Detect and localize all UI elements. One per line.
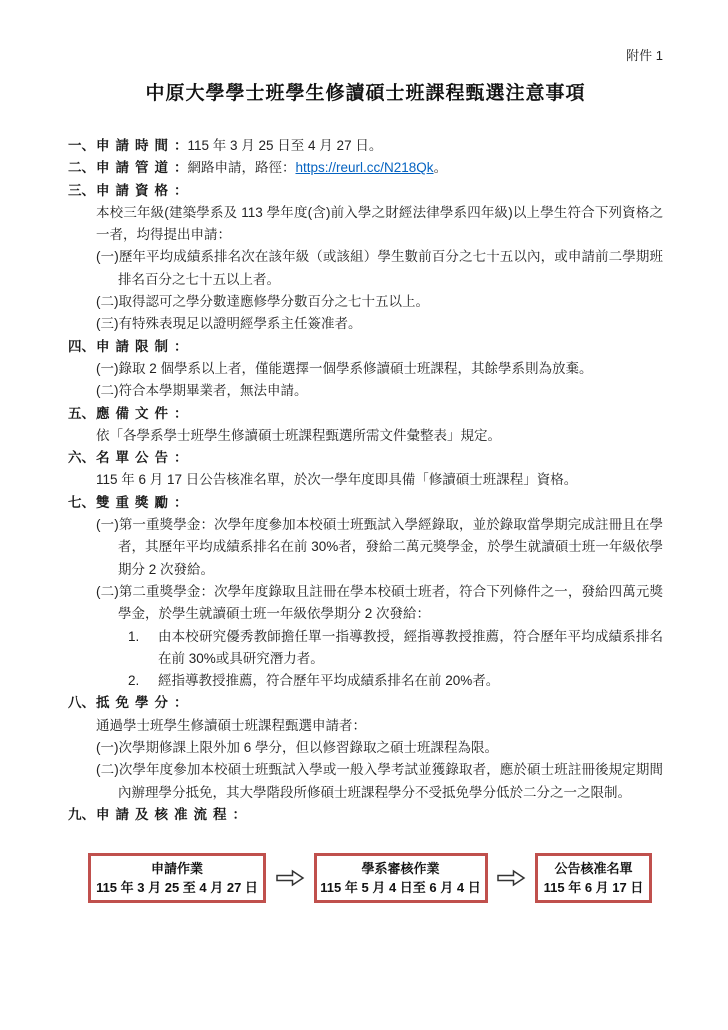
section-eligibility: 三、申請資格： [68,180,663,202]
section-process: 九、申請及核准流程： [68,804,663,826]
section-number: 九、 [68,804,96,826]
numbered-list-marker: 2. [128,670,158,692]
section-application-channel: 二、申請管道：網路申請，路徑：https://reurl.cc/N218Qk。 [68,157,663,179]
application-url-link[interactable]: https://reurl.cc/N218Qk [296,160,434,175]
list-item: (三)有特殊表現足以證明經學系主任簽准者。 [96,313,663,335]
paragraph: 本校三年級(建築學系及 113 學年度(含)前入學之財經法律學系四年級)以上學生… [96,202,663,247]
process-flowchart: 申請作業 115 年 3 月 25 至 4 月 27 日 學系審核作業 115 … [88,853,652,903]
section-number: 一、 [68,135,96,157]
section-colon: ： [174,695,188,710]
list-item: (二)次學年度參加本校碩士班甄試入學或一般入學考試並獲錄取者，應於碩士班註冊後規… [96,759,663,804]
list-item: (二)符合本學期畢業者，無法申請。 [96,380,663,402]
paragraph: 115 年 6 月 17 日公告核准名單，於次一學年度即具備「修讀碩士班課程」資… [96,469,663,491]
list-item: (二)第二重獎學金：次學年度錄取且註冊在學本校碩士班者，符合下列條件之一，發給四… [96,581,663,626]
section-required-documents: 五、應備文件： [68,403,663,425]
document-page: 附件 1 中原大學學士班學生修讀碩士班課程甄選注意事項 一、申請時間：115 年… [0,0,728,1030]
section-colon: ： [174,339,188,354]
paragraph: 通過學士班學生修讀碩士班課程甄選申請者： [96,715,663,737]
section-number: 四、 [68,336,96,358]
numbered-list-marker: 1. [128,626,158,671]
section-colon: ： [174,406,188,421]
section-heading: 申請限制 [96,339,174,354]
section-heading: 應備文件 [96,406,174,421]
list-item: (一)次學期修課上限外加 6 學分，但以修習錄取之碩士班課程為限。 [96,737,663,759]
section-double-rewards: 七、雙重獎勵： [68,492,663,514]
section-number: 五、 [68,403,96,425]
numbered-list-item: 2.經指導教授推薦，符合歷年平均成績系排名在前 20%者。 [128,670,663,692]
list-item: (一)錄取 2 個學系以上者，僅能選擇一個學系修讀碩士班課程，其餘學系則為放棄。 [96,358,663,380]
attachment-label: 附件 1 [68,48,663,64]
flow-step-application: 申請作業 115 年 3 月 25 至 4 月 27 日 [88,853,266,903]
section-colon: ： [174,183,188,198]
section-heading: 申請及核准流程 [96,807,233,822]
section-colon: ： [233,807,247,822]
numbered-list-text: 經指導教授推薦，符合歷年平均成績系排名在前 20%者。 [158,670,663,692]
flow-step-title: 學系審核作業 [361,859,439,878]
list-item: (二)取得認可之學分數達應修學分數百分之七十五以上。 [96,291,663,313]
section-text: 。 [434,160,448,175]
section-text: 115 年 3 月 25 日至 4 月 27 日。 [188,138,383,153]
section-colon: ： [174,450,188,465]
section-announcement: 六、名單公告： [68,447,663,469]
document-body: 一、申請時間：115 年 3 月 25 日至 4 月 27 日。 二、申請管道：… [68,135,663,826]
section-number: 八、 [68,692,96,714]
flow-step-department-review: 學系審核作業 115 年 5 月 4 日至 6 月 4 日 [314,853,488,903]
section-credit-waiver: 八、抵免學分： [68,692,663,714]
section-heading: 申請時間 [96,138,174,153]
section-heading: 申請資格 [96,183,174,198]
paragraph: 依「各學系學士班學生修讀碩士班課程甄選所需文件彙整表」規定。 [96,425,663,447]
flow-step-date: 115 年 5 月 4 日至 6 月 4 日 [320,878,480,897]
numbered-list-item: 1.由本校研究優秀教師擔任單一指導教授，經指導教授推薦，符合歷年平均成績系排名在… [128,626,663,671]
flow-step-date: 115 年 6 月 17 日 [544,878,644,897]
flow-step-title: 申請作業 [151,859,203,878]
flow-arrow [488,869,536,887]
list-item: (一)第一重獎學金：次學年度參加本校碩士班甄試入學經錄取，並於錄取當學期完成註冊… [96,514,663,581]
arrow-right-icon [496,869,526,887]
section-number: 二、 [68,157,96,179]
section-text: 網路申請，路徑： [188,160,296,175]
arrow-right-icon [275,869,305,887]
section-heading: 雙重獎勵 [96,495,174,510]
section-colon: ： [174,138,188,153]
list-item: (一)歷年平均成績系排名次在該年級（或該組）學生數前百分之七十五以內，或申請前二… [96,246,663,291]
section-colon: ： [174,160,188,175]
section-colon: ： [174,495,188,510]
section-heading: 申請管道 [96,160,174,175]
flow-step-title: 公告核准名單 [554,859,632,878]
section-number: 三、 [68,180,96,202]
section-heading: 抵免學分 [96,695,174,710]
flow-step-approved-list: 公告核准名單 115 年 6 月 17 日 [535,853,652,903]
section-heading: 名單公告 [96,450,174,465]
flow-arrow [266,869,314,887]
flow-step-date: 115 年 3 月 25 至 4 月 27 日 [96,878,258,897]
page-title: 中原大學學士班學生修讀碩士班課程甄選注意事項 [68,78,663,105]
section-application-time: 一、申請時間：115 年 3 月 25 日至 4 月 27 日。 [68,135,663,157]
section-number: 七、 [68,492,96,514]
section-restrictions: 四、申請限制： [68,336,663,358]
section-number: 六、 [68,447,96,469]
numbered-list-text: 由本校研究優秀教師擔任單一指導教授，經指導教授推薦，符合歷年平均成績系排名在前 … [158,626,663,671]
